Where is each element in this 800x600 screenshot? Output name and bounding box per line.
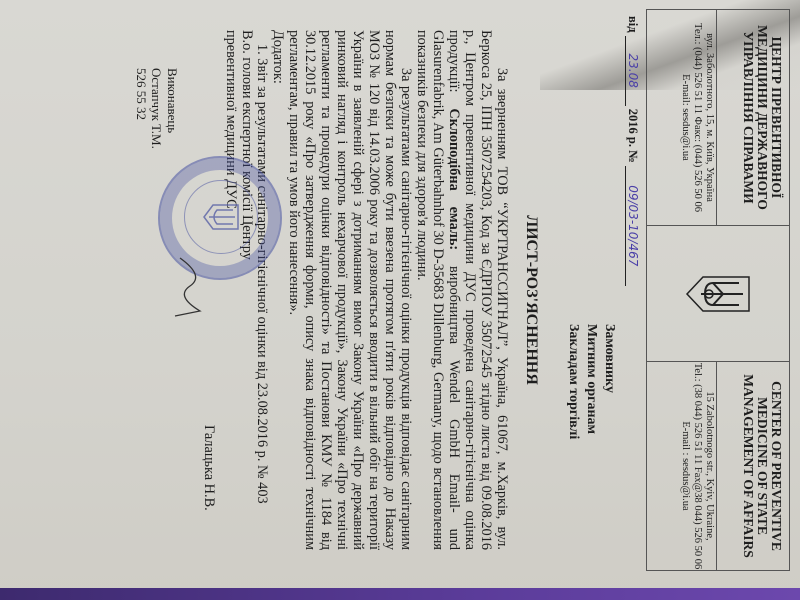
recipient: Замовнику — [600, 324, 618, 439]
paragraph: За зверненням ТОВ “УКРТРАНССИГНАЛ”, Укра… — [414, 30, 510, 550]
address-line: вул. Заболотного, 15, м. Київ, Україна — [703, 10, 715, 225]
executor-label: Виконавець — [164, 68, 180, 149]
attachment-item: 1. Звіт за результатами санітарно-гігієн… — [254, 30, 270, 550]
recipient: Закладам торгівлі — [563, 324, 581, 439]
paragraph: За результатами санітарно-гігієнічної оц… — [286, 30, 414, 550]
from-label: від — [626, 16, 640, 33]
executor-name: Остапчук Т.М. — [149, 68, 165, 149]
address-line: 15 Zabolotnogo str., Kyiv, Ukraine, — [703, 362, 715, 570]
signer-name: Галацька Н.В. — [201, 425, 217, 511]
executor-phone: 526 55 32 — [133, 68, 149, 149]
letterhead-en: CENTER OF PREVENTIVE MEDICINE OF STATE M… — [647, 362, 789, 570]
handwritten-number: 09/03-10/467 — [626, 185, 640, 266]
phone-line: Tel.: (38 044) 526 51 11 Fax@38 044) 526… — [691, 362, 703, 570]
tryzub-icon — [683, 273, 753, 315]
address-ua: вул. Заболотного, 15, м. Київ, Україна Т… — [679, 10, 715, 225]
attachment-label: Додаток: — [270, 30, 286, 550]
year-label: 2016 р. № — [626, 109, 640, 163]
org-name-en: CENTER OF PREVENTIVE MEDICINE OF STATE M… — [716, 362, 785, 570]
tryzub-icon — [201, 202, 241, 232]
document-page: ЦЕНТР ПРЕВЕНТИВНОЇ МЕДИЦИНИ ДЕРЖАВНОГО У… — [0, 6, 800, 594]
letterhead-ua: ЦЕНТР ПРЕВЕНТИВНОЇ МЕДИЦИНИ ДЕРЖАВНОГО У… — [647, 10, 789, 226]
address-en: 15 Zabolotnogo str., Kyiv, Ukraine, Tel.… — [679, 362, 715, 570]
email-line: E-mail: sesdus@i.ua — [679, 10, 691, 225]
signature-block: В.о. голови експертної комісії Центру пр… — [222, 30, 255, 550]
recipient: Митним органам — [582, 324, 600, 439]
phone-line: Тел.: (044) 526 51 11 Факс: (044) 526 50… — [691, 10, 703, 225]
email-line: E-mail : sesdus@i.ua — [679, 362, 691, 570]
handwritten-date: 23.08 — [626, 53, 640, 87]
recipients: Замовнику Митним органам Закладам торгів… — [563, 324, 618, 439]
executor-block: Виконавець Остапчук Т.М. 526 55 32 — [133, 68, 180, 149]
emblem-cell — [647, 226, 789, 362]
org-name-ua: ЦЕНТР ПРЕВЕНТИВНОЇ МЕДИЦИНИ ДЕРЖАВНОГО У… — [716, 10, 785, 225]
letterhead: ЦЕНТР ПРЕВЕНТИВНОЇ МЕДИЦИНИ ДЕРЖАВНОГО У… — [646, 9, 790, 571]
letter-date-number: від 23.08 2016 р. № 09/03-10/467 — [625, 16, 640, 286]
letter-title: ЛИСТ-РОЗ'ЯСНЕННЯ — [522, 6, 540, 594]
letter-body: За зверненням ТОВ “УКРТРАНССИГНАЛ”, Укра… — [254, 30, 510, 550]
signature-scribble — [170, 256, 210, 326]
